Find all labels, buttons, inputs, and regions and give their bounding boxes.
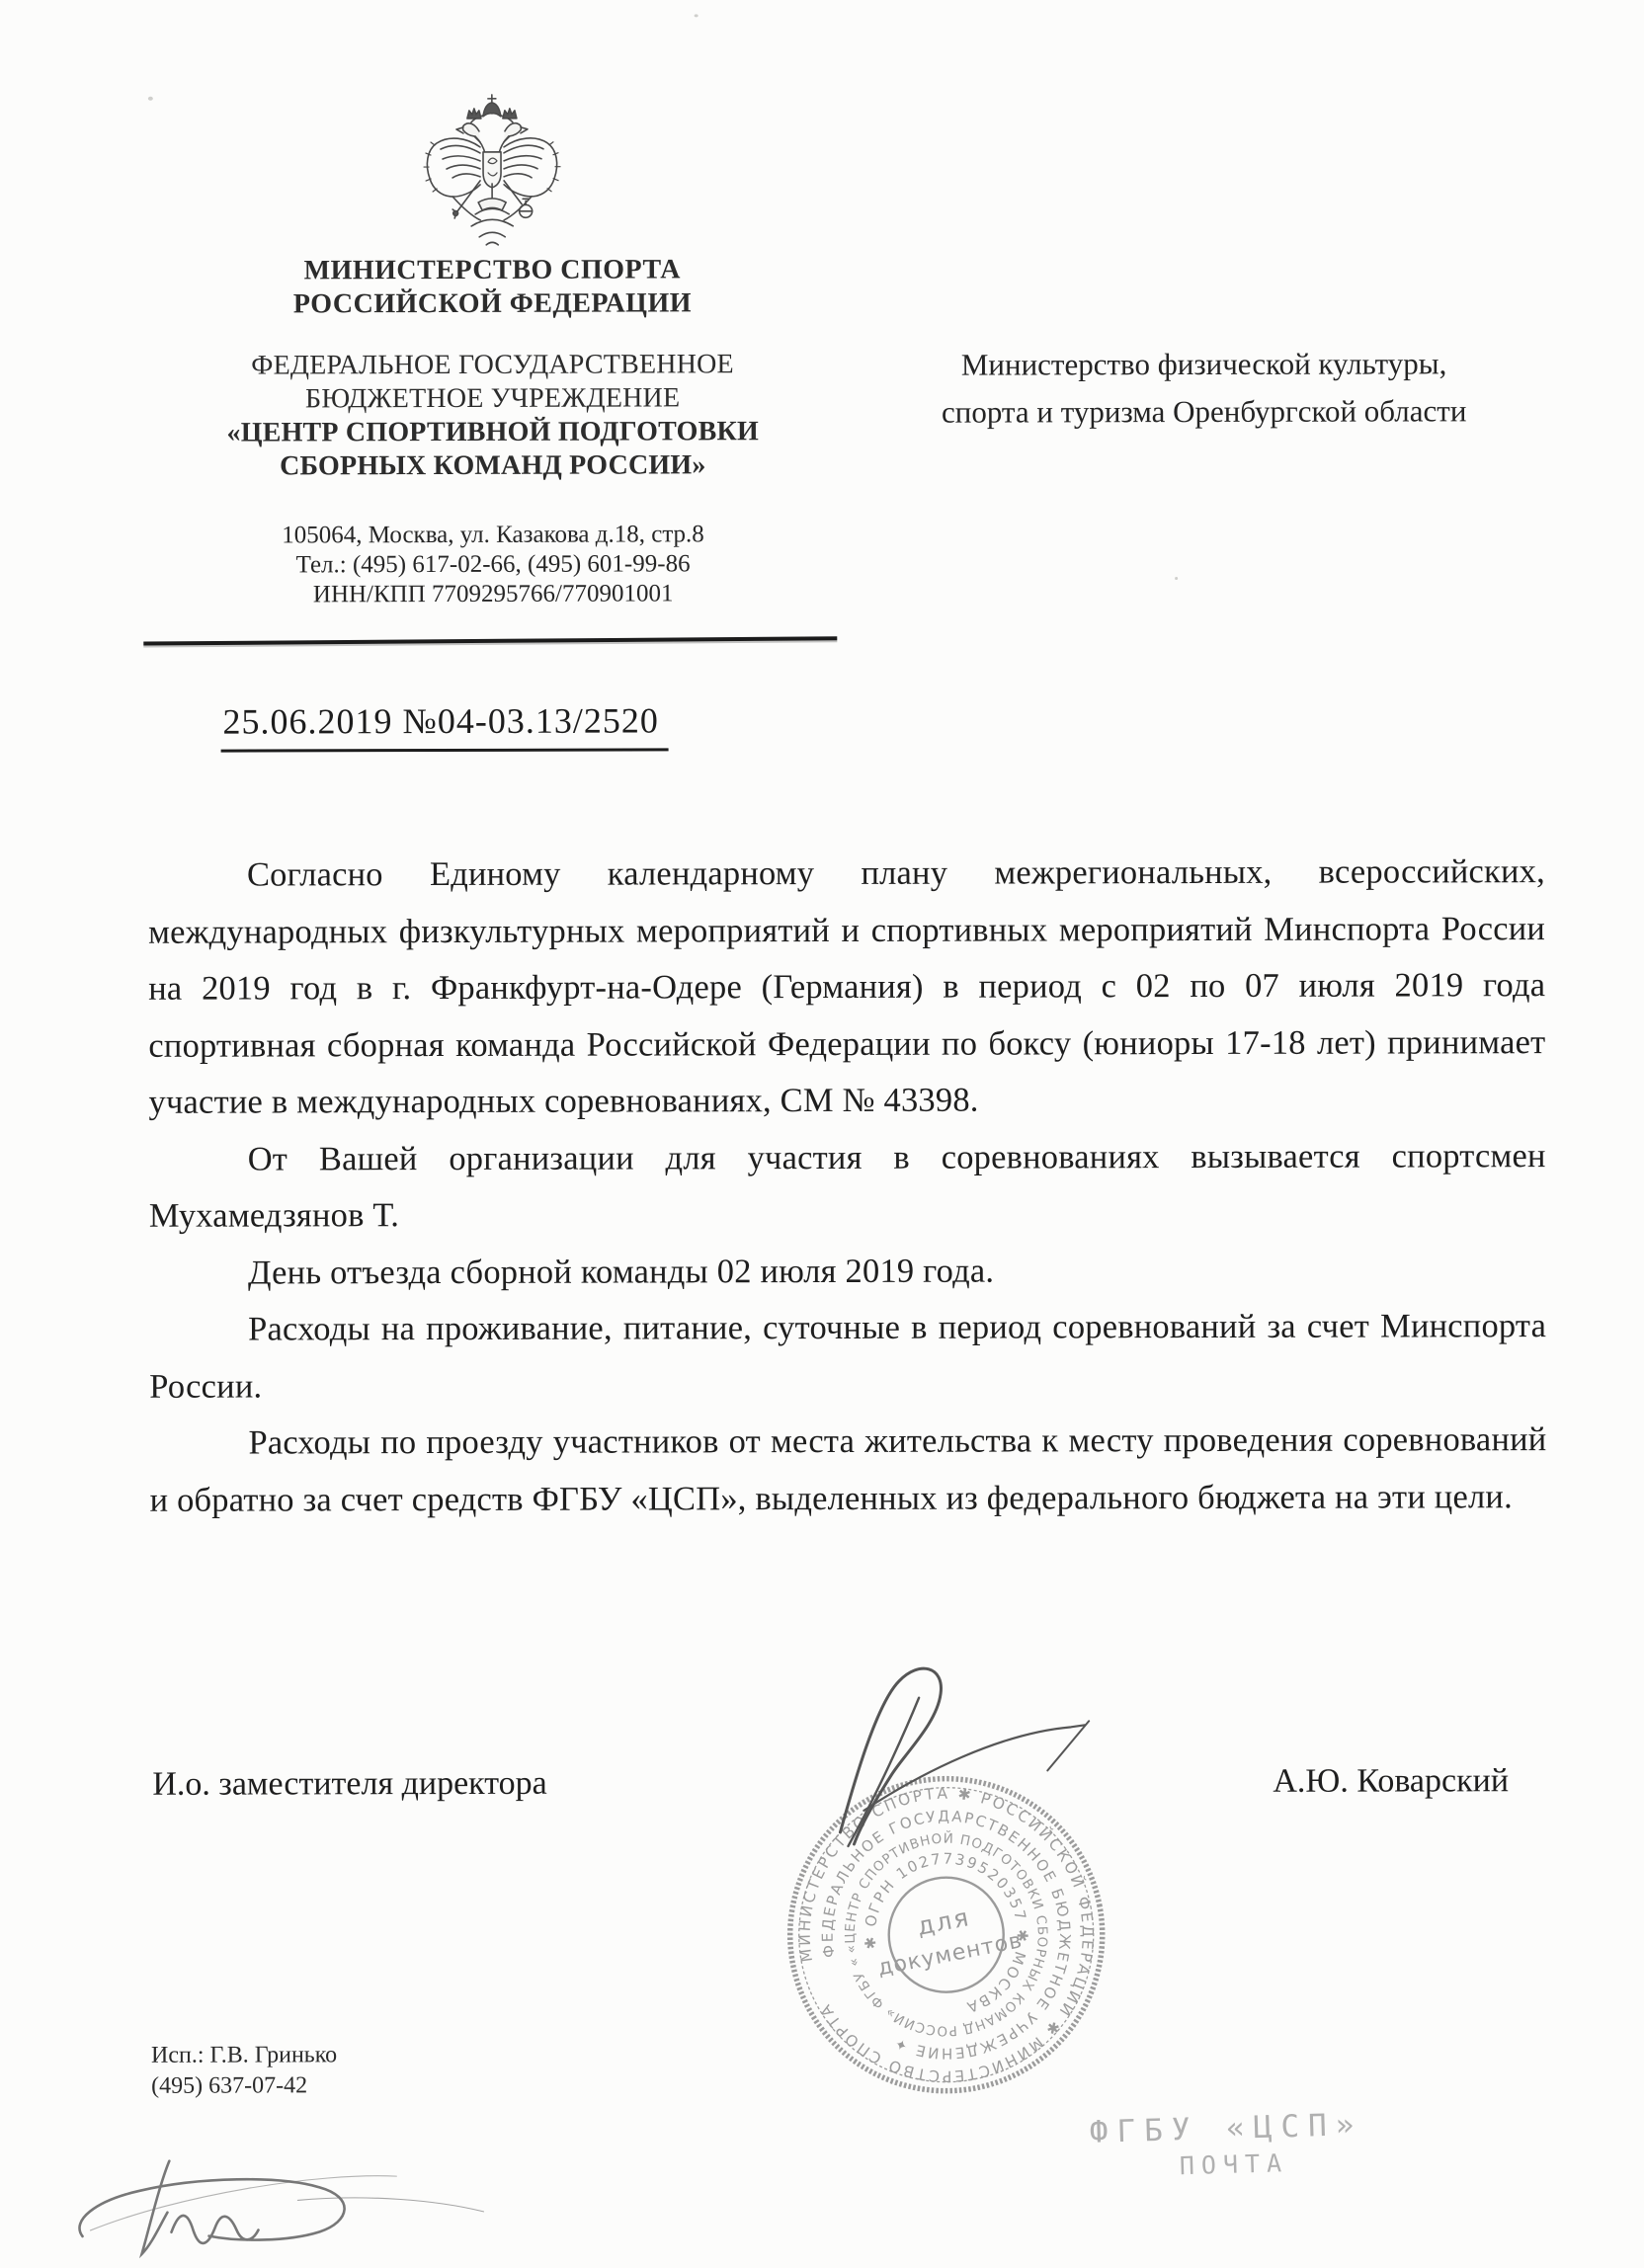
postal-stamp-org: ФГБУ «ЦСП» xyxy=(1089,2107,1363,2150)
stamp-center-line1: для xyxy=(915,1903,973,1941)
ministry-line2: РОССИЙСКОЙ ФЕДЕРАЦИИ xyxy=(136,286,848,322)
handwritten-mark xyxy=(60,2143,485,2267)
body-paragraph: Расходы по проезду участников от места ж… xyxy=(149,1412,1546,1529)
letterhead-left: МИНИСТЕРСТВО СПОРТА РОССИЙСКОЙ ФЕДЕРАЦИИ… xyxy=(136,91,849,610)
executor-phone: (495) 637-07-42 xyxy=(151,2070,337,2101)
inn-kpp-line: ИНН/КПП 7709295766/770901001 xyxy=(137,579,849,610)
scan-speck xyxy=(1175,577,1178,580)
body-paragraph: Расходы на проживание, питание, суточные… xyxy=(149,1298,1546,1416)
ministry-name: МИНИСТЕРСТВО СПОРТА РОССИЙСКОЙ ФЕДЕРАЦИИ xyxy=(136,253,848,322)
phone-line: Тел.: (495) 617-02-66, (495) 601-99-86 xyxy=(137,549,849,581)
org-line4: СБОРНЫХ КОМАНД РОССИИ» xyxy=(137,448,849,484)
org-line3: «ЦЕНТР СПОРТИВНОЙ ПОДГОТОВКИ xyxy=(137,415,849,450)
letterhead-divider xyxy=(143,636,837,645)
organization-name: ФЕДЕРАЛЬНОЕ ГОСУДАРСТВЕННОЕ БЮДЖЕТНОЕ УЧ… xyxy=(137,348,849,484)
russian-coat-of-arms xyxy=(423,92,561,248)
executor-name: Исп.: Г.В. Гринько xyxy=(151,2040,337,2070)
body-paragraph: От Вашей организации для участия в сорев… xyxy=(149,1128,1546,1246)
executor-block: Исп.: Г.В. Гринько (495) 637-07-42 xyxy=(151,2040,337,2101)
recipient-block: Министерство физической культуры, спорта… xyxy=(868,340,1540,437)
signatory-position: И.о. заместителя директора xyxy=(152,1765,546,1804)
body-paragraph: Согласно Единому календарному плану межр… xyxy=(148,844,1546,1131)
recipient-line1: Министерство физической культуры, xyxy=(868,340,1540,389)
signatory-name: А.Ю. Коварский xyxy=(1273,1762,1509,1801)
reference-date-number: 25.06.2019 №04-03.13/2520 xyxy=(220,699,668,752)
postal-stamp: ФГБУ «ЦСП» ПОЧТА xyxy=(1089,2107,1364,2183)
org-line1: ФЕДЕРАЛЬНОЕ ГОСУДАРСТВЕННОЕ xyxy=(137,348,849,383)
ministry-line1: МИНИСТЕРСТВО СПОРТА xyxy=(136,253,848,288)
body-paragraph: День отъезда сборной команды 02 июля 201… xyxy=(149,1242,1546,1302)
signature-scribble xyxy=(782,1634,1110,1872)
scan-content: МИНИСТЕРСТВО СПОРТА РОССИЙСКОЙ ФЕДЕРАЦИИ… xyxy=(0,0,1644,2268)
address-line: 105064, Москва, ул. Казакова д.18, стр.8 xyxy=(137,520,849,551)
postal-stamp-label: ПОЧТА xyxy=(1179,2146,1363,2180)
organization-contacts: 105064, Москва, ул. Казакова д.18, стр.8… xyxy=(137,520,849,610)
org-line2: БЮДЖЕТНОЕ УЧРЕЖДЕНИЕ xyxy=(137,381,849,417)
body-paragraphs: Согласно Единому календарному плану межр… xyxy=(148,844,1547,1529)
scanned-letter-page: МИНИСТЕРСТВО СПОРТА РОССИЙСКОЙ ФЕДЕРАЦИИ… xyxy=(0,0,1644,2268)
recipient-line2: спорта и туризма Оренбургской области xyxy=(868,387,1540,437)
scan-speck xyxy=(695,14,699,17)
